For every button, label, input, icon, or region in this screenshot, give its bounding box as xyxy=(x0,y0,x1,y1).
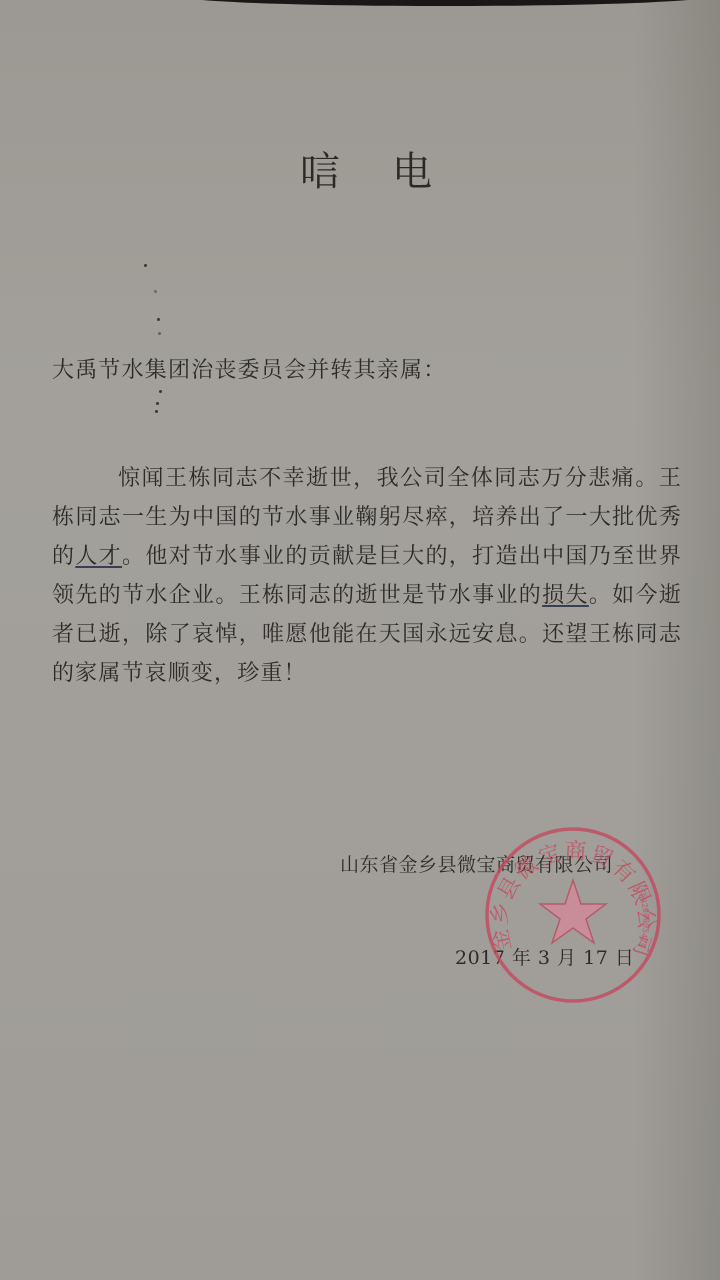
underlined-word-talent: 人才 xyxy=(75,544,122,569)
speck xyxy=(158,332,161,335)
document-title: 唁电 xyxy=(300,140,484,197)
speck xyxy=(155,410,158,413)
speck xyxy=(157,318,160,321)
signature-company: 山东省金乡县微宝商贸有限公司 xyxy=(340,850,613,877)
paper-specks xyxy=(140,260,180,420)
document-photo: 唁电 大禹节水集团治丧委员会并转其亲属： 惊闻王栋同志不幸逝世，我公司全体同志万… xyxy=(0,0,720,1280)
underlined-word-loss: 损失 xyxy=(542,583,589,608)
seal-code: 3708280005479 xyxy=(632,882,650,949)
speck xyxy=(156,402,159,405)
condolence-body: 惊闻王栋同志不幸逝世，我公司全体同志万分悲痛。王栋同志一生为中国的节水事业鞠躬尽… xyxy=(52,459,682,693)
speck xyxy=(144,264,147,267)
addressee-line: 大禹节水集团治丧委员会并转其亲属： xyxy=(52,353,446,384)
star-icon xyxy=(540,880,606,943)
speck xyxy=(159,390,162,393)
speck xyxy=(154,290,157,293)
paper-top-edge-shadow xyxy=(180,0,710,6)
signature-date: 2017 年 3 月 17 日 xyxy=(455,943,634,970)
